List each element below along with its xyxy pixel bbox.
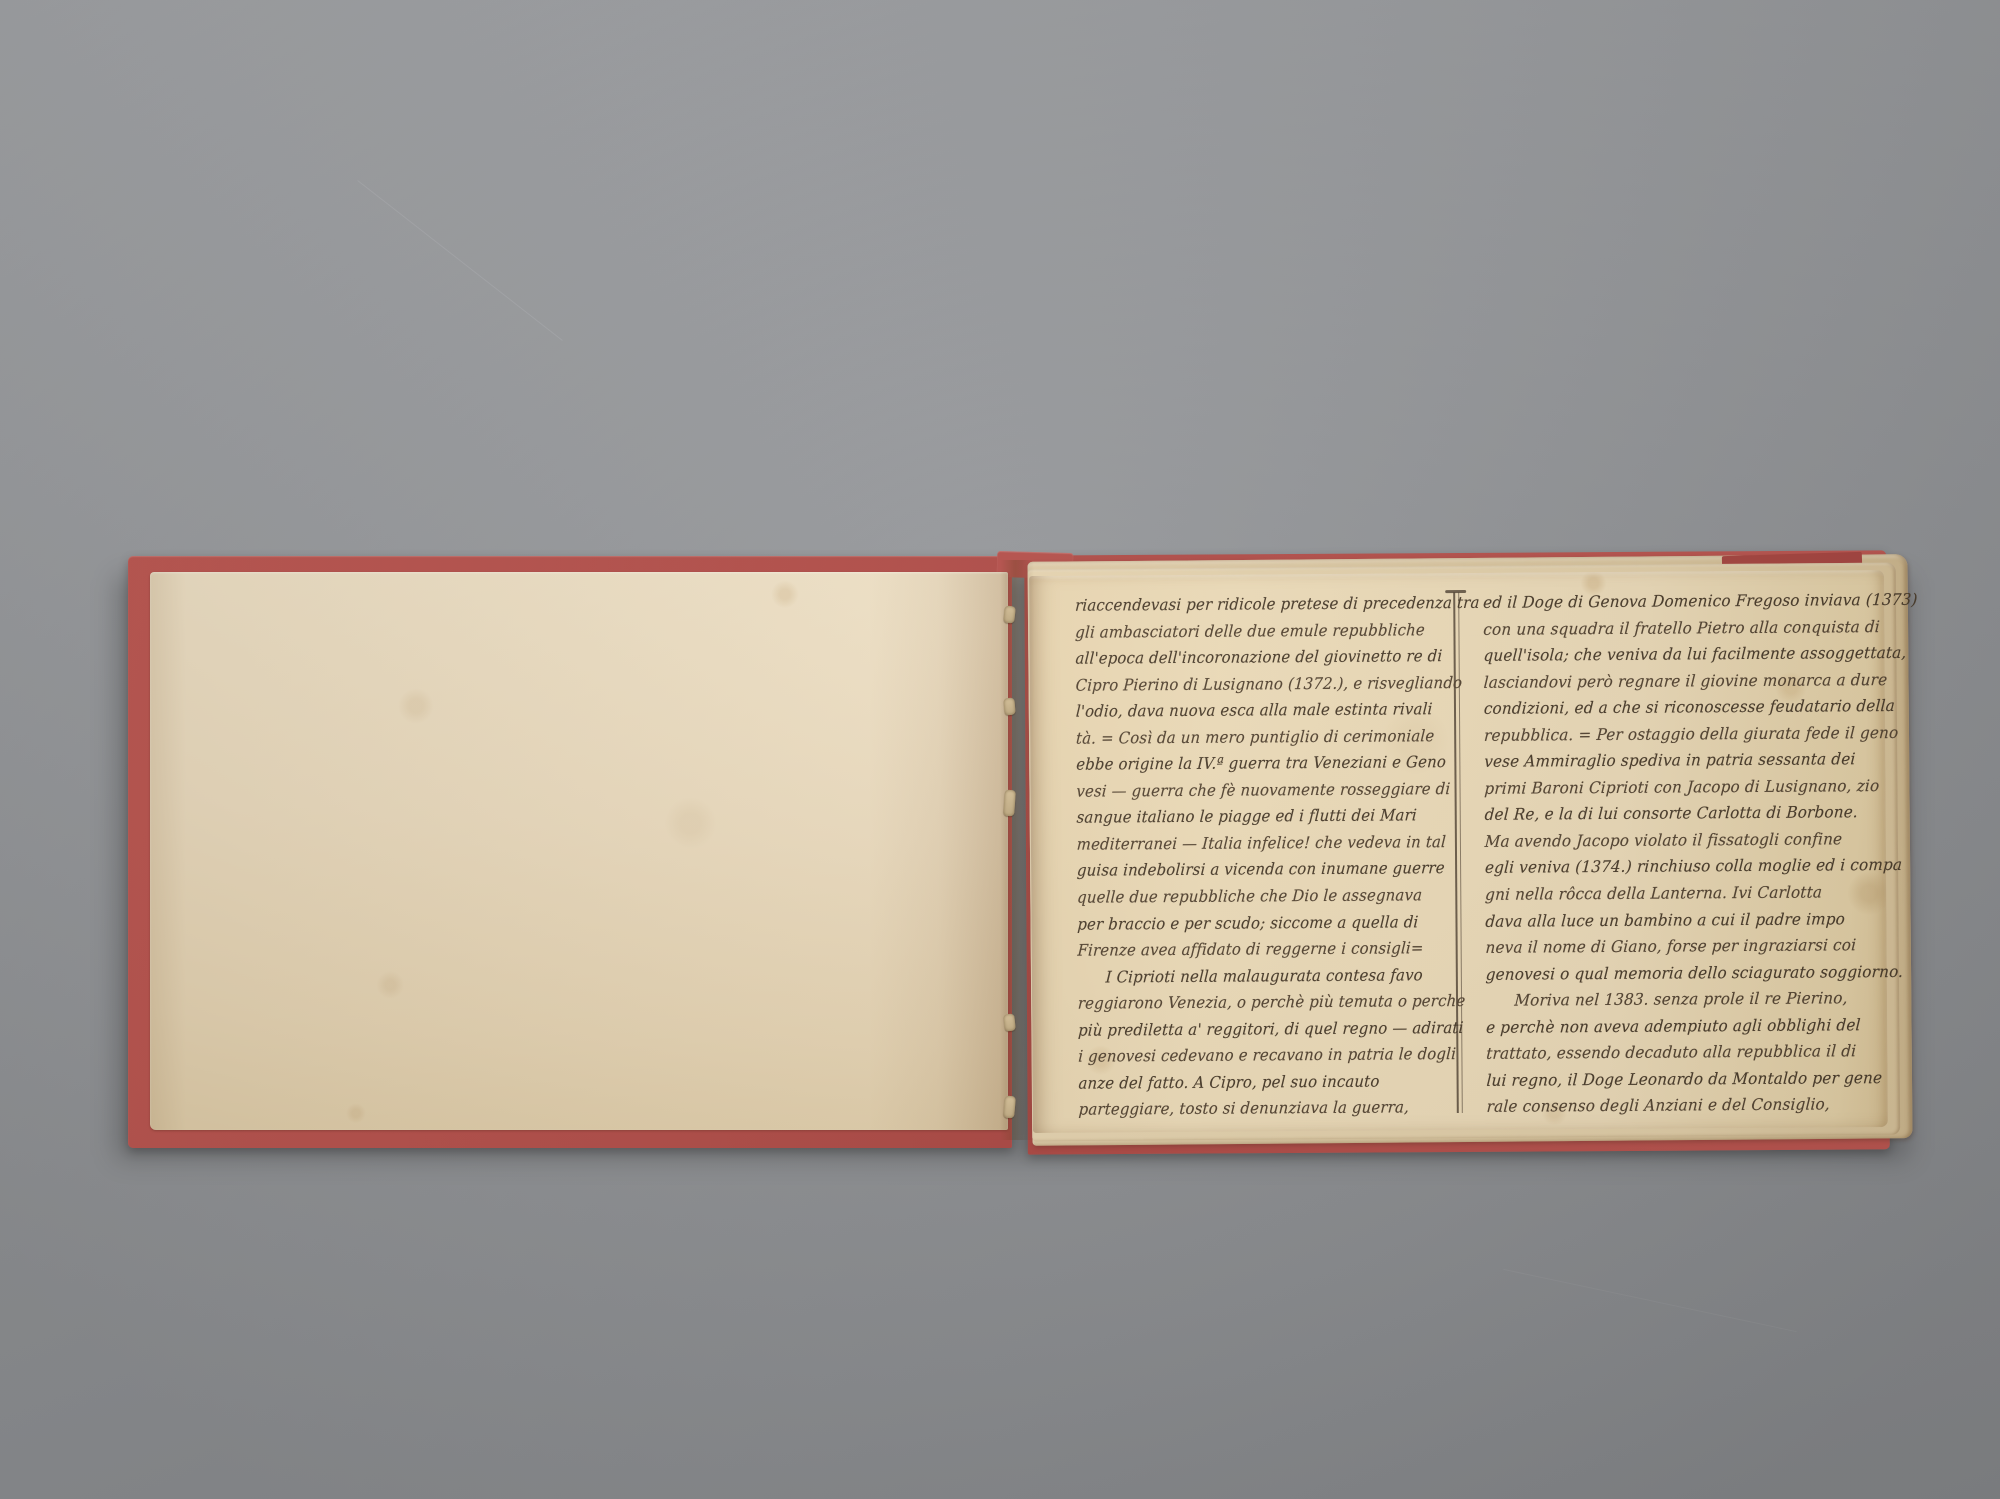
handwritten-line: mediterranei — Italia infelice! che vede… — [1076, 829, 1425, 858]
handwritten-line: vesi — guerra che fè nuovamente rosseggi… — [1076, 776, 1425, 805]
handwritten-line: rale consenso degli Anziani e del Consig… — [1486, 1092, 1864, 1121]
handwritten-line: ebbe origine la IV.ª guerra tra Venezian… — [1075, 750, 1424, 779]
text-column-left: riaccendevasi per ridicole pretese di pr… — [1074, 590, 1452, 1124]
binding-gutter — [1000, 560, 1034, 1140]
binding-thread — [1003, 1096, 1016, 1119]
handwritten-line: guisa indebolirsi a vicenda con inumane … — [1076, 856, 1425, 885]
handwritten-line: parteggiare, tosto si denunziava la guer… — [1078, 1095, 1427, 1124]
binding-thread — [1003, 790, 1016, 817]
handwritten-line: Ma avendo Jacopo violato il fissatogli c… — [1484, 826, 1862, 855]
handwritten-line: quell'isola; che veniva da lui facilment… — [1483, 640, 1861, 669]
handwritten-line: più prediletta a' reggitori, di quel reg… — [1077, 1015, 1426, 1044]
handwritten-line: sangue italiano le piagge ed i flutti de… — [1076, 803, 1425, 832]
handwritten-line: lui regno, il Doge Leonardo da Montaldo … — [1486, 1065, 1864, 1094]
text-column-right: ed il Doge di Genova Domenico Fregoso in… — [1482, 587, 1882, 1121]
handwritten-line: i genovesi cedevano e recavano in patria… — [1078, 1042, 1427, 1071]
handwritten-line: primi Baroni Ciprioti con Jacopo di Lusi… — [1484, 773, 1862, 802]
handwritten-line: reggiarono Venezia, o perchè più temuta … — [1077, 988, 1426, 1017]
binding-thread — [1003, 1013, 1016, 1031]
handwritten-line: Cipro Pierino di Lusignano (1372.), e ri… — [1075, 670, 1424, 699]
handwritten-line: gni nella rôcca della Lanterna. Ivi Carl… — [1484, 879, 1862, 908]
handwritten-line: I Ciprioti nella malaugurata contesa fav… — [1077, 962, 1426, 991]
handwritten-line: trattato, essendo decaduto alla repubbli… — [1485, 1038, 1863, 1067]
handwritten-line: dava alla luce un bambino a cui il padre… — [1485, 906, 1863, 935]
handwritten-line: Moriva nel 1383. senza prole il re Pieri… — [1485, 985, 1863, 1014]
scratch-mark — [1503, 1269, 1797, 1332]
handwritten-line: egli veniva (1374.) rinchiuso colla mogl… — [1484, 853, 1862, 882]
handwritten-line: repubblica. = Per ostaggio della giurata… — [1483, 720, 1861, 749]
handwritten-line: e perchè non aveva adempiuto agli obblig… — [1485, 1012, 1863, 1041]
handwritten-line: gli ambasciatori delle due emule repubbl… — [1075, 617, 1424, 646]
handwritten-line: per braccio e per scudo; siccome a quell… — [1077, 909, 1426, 938]
handwritten-line: ed il Doge di Genova Domenico Fregoso in… — [1482, 587, 1860, 616]
handwritten-line: condizioni, ed a che si riconoscesse feu… — [1483, 693, 1861, 722]
handwritten-line: neva il nome di Giano, forse per ingrazi… — [1485, 932, 1863, 961]
binding-thread — [1003, 605, 1016, 623]
blank-left-page — [150, 572, 1008, 1130]
handwritten-line: lasciandovi però regnare il giovine mona… — [1483, 667, 1861, 696]
manuscript-page: riaccendevasi per ridicole pretese di pr… — [1029, 570, 1888, 1133]
handwritten-line: riaccendevasi per ridicole pretese di pr… — [1074, 590, 1423, 619]
handwritten-line: all'epoca dell'incoronazione del giovine… — [1075, 643, 1424, 672]
handwritten-line: del Re, e la di lui consorte Carlotta di… — [1484, 800, 1862, 829]
handwritten-line: quelle due repubbliche che Dio le assegn… — [1076, 882, 1425, 911]
binding-thread — [1003, 698, 1015, 716]
handwritten-line: anze del fatto. A Cipro, pel suo incauto — [1078, 1068, 1427, 1097]
photo-background: riaccendevasi per ridicole pretese di pr… — [0, 0, 2000, 1499]
handwritten-line: Firenze avea affidato di reggerne i cons… — [1077, 935, 1426, 964]
handwritten-line: genovesi o qual memoria dello sciagurato… — [1485, 959, 1863, 988]
scratch-mark — [357, 180, 562, 341]
handwritten-line: con una squadra il fratello Pietro alla … — [1483, 614, 1861, 643]
handwritten-line: l'odio, dava nuova esca alla male estint… — [1075, 696, 1424, 725]
handwritten-line: vese Ammiraglio spediva in patria sessan… — [1483, 746, 1861, 775]
handwritten-line: tà. = Così da un mero puntiglio di cerim… — [1075, 723, 1424, 752]
